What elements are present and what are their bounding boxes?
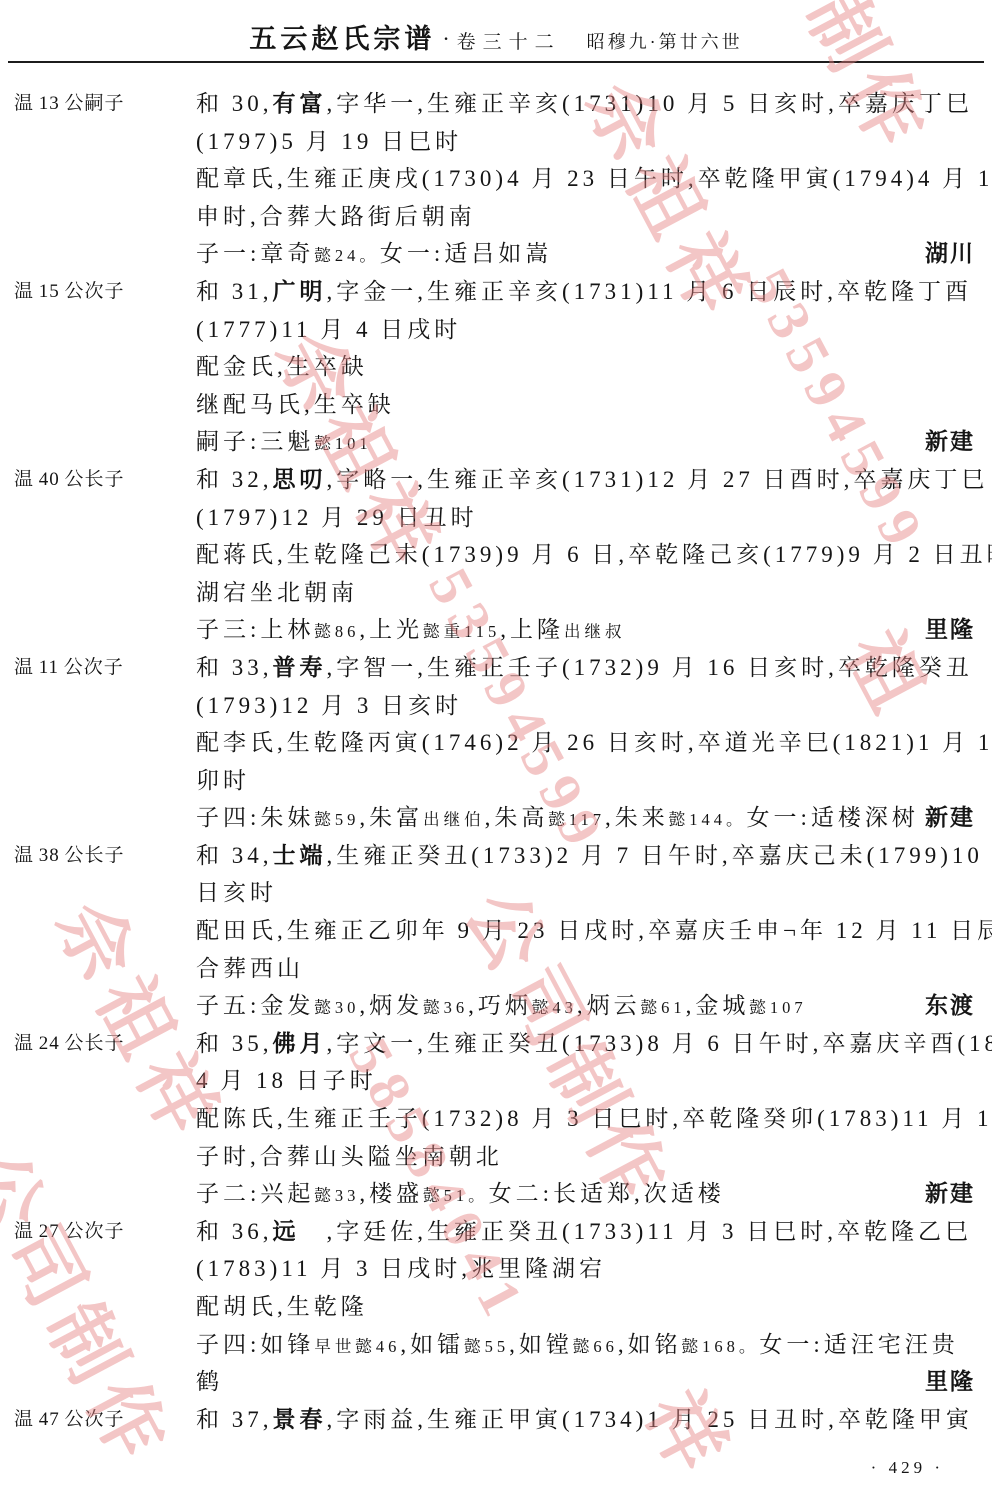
entry-line: 嗣子:三魁懿101新建 — [0, 423, 992, 461]
entry-text: 合葬西山 — [196, 956, 304, 981]
genealogy-page: 五云赵氏宗谱·卷三十二昭穆九·第廿六世 温 13 公嗣子和 30,有富,字华一,… — [0, 0, 992, 1512]
entry-text: 卯时 — [196, 768, 250, 793]
entry-label: 温 27 公次子 — [14, 1213, 125, 1251]
entry-text: 子三:上林 — [196, 617, 314, 642]
entry-label: 温 24 公长子 — [14, 1025, 125, 1063]
annotation-text: 早世懿46 — [314, 1337, 400, 1356]
entry-text: ,字雨益,生雍正甲寅(1734)1 月 25 日丑时,卒乾隆甲寅 — [327, 1407, 973, 1432]
entry-text: 湖宕坐北朝南 — [196, 580, 358, 605]
entry-text: ,金城 — [686, 993, 750, 1018]
entry-text: ,字智一,生雍正壬子(1732)9 月 16 日亥时,卒乾隆癸丑 — [327, 655, 973, 680]
entry-text: 配章氏,生雍正庚戌(1730)4 月 23 日午时,卒乾隆甲寅(1794)4 月… — [196, 166, 992, 191]
entry-text: (1783)11 月 3 日戌时,兆里隆湖宕 — [196, 1256, 606, 1281]
entry-text: (1797)5 月 19 日巳时 — [196, 129, 462, 154]
annotation-text: 懿66 — [573, 1337, 618, 1356]
entry-line: 配陈氏,生雍正壬子(1732)8 月 3 日巳时,卒乾隆癸卯(1783)11 月… — [0, 1100, 992, 1138]
entry-text: ,炳发 — [359, 993, 423, 1018]
entry-line: (1797)12 月 29 日丑时 — [0, 499, 992, 537]
entry-text: 4 月 18 日子时 — [196, 1068, 377, 1093]
entry-text: 配田氏,生雍正乙卯年 9 月 23 日戌时,卒嘉庆壬申¬年 12 月 11 日辰… — [196, 918, 992, 943]
entry-text: 配陈氏,生雍正壬子(1732)8 月 3 日巳时,卒乾隆癸卯(1783)11 月… — [196, 1106, 992, 1131]
entry-line: 温 11 公次子和 33,普寿,字智一,生雍正壬子(1732)9 月 16 日亥… — [0, 649, 992, 687]
volume-label: 卷三十二 — [457, 32, 561, 53]
entry-text: 和 35, — [196, 1031, 273, 1056]
entry-text: ,上隆 — [500, 617, 564, 642]
entry-line: (1797)5 月 19 日巳时 — [0, 123, 992, 161]
annotation-text: 懿144。 — [669, 810, 747, 829]
entry-line: 申时,合葬大路街后朝南 — [0, 198, 992, 236]
person-name: 广明 — [273, 279, 327, 304]
entry-label: 温 13 公嗣子 — [14, 85, 125, 123]
entry-text: (1793)12 月 3 日亥时 — [196, 693, 462, 718]
entry-label: 温 38 公长子 — [14, 837, 125, 875]
entry-line: 配金氏,生卒缺 — [0, 348, 992, 386]
person-name: 景春 — [273, 1407, 327, 1432]
entry-text: 配金氏,生卒缺 — [196, 354, 368, 379]
entry-text: 配胡氏,生乾隆 — [196, 1294, 368, 1319]
entry-text: 日亥时 — [196, 880, 277, 905]
entry-text: 和 33, — [196, 655, 273, 680]
entry-text: ,如镭 — [400, 1332, 464, 1357]
entry-text: ,字华一,生雍正辛亥(1731)10 月 5 日亥时,卒嘉庆丁巳 — [327, 91, 973, 116]
person-name: 士端 — [273, 843, 327, 868]
entry-text: 子四:朱妹 — [196, 805, 314, 830]
annotation-text: 懿30 — [314, 998, 359, 1017]
person-name: 有富 — [273, 91, 327, 116]
annotation-text: 懿59 — [314, 810, 359, 829]
entry-text: 子四:如锋 — [196, 1332, 314, 1357]
annotation-text: 懿86 — [314, 622, 359, 641]
entry-text: 子二:兴起 — [196, 1181, 314, 1206]
entry-line: 子三:上林懿86,上光懿重115,上隆出继叔里隆 — [0, 611, 992, 649]
annotation-text: 懿168。 — [682, 1337, 760, 1356]
entry-line: 4 月 18 日子时 — [0, 1062, 992, 1100]
entry-text: (1777)11 月 4 日戌时 — [196, 317, 461, 342]
entry-text: ,朱来 — [605, 805, 669, 830]
annotation-text: 懿36 — [423, 998, 468, 1017]
entry-text: 配蒋氏,生乾隆己未(1739)9 月 6 日,卒乾隆己亥(1779)9 月 2 … — [196, 542, 992, 567]
branch-name: 新建 — [925, 799, 975, 837]
entry-text: 和 34, — [196, 843, 273, 868]
entry-text: ,朱高 — [485, 805, 549, 830]
entry-line: 鹤里隆 — [0, 1363, 992, 1401]
annotation-text: 懿51。 — [423, 1186, 489, 1205]
book-title: 五云赵氏宗谱 — [249, 24, 435, 54]
entry-text: ,巧炳 — [468, 993, 532, 1018]
page-number: · 429 · — [871, 1458, 944, 1478]
person-name: 普寿 — [273, 655, 327, 680]
entry-line: 湖宕坐北朝南 — [0, 574, 992, 612]
entry-text: 嗣子:三魁 — [196, 429, 314, 454]
entry-text: ,字金一,生雍正辛亥(1731)11 月 6 日辰时,卒乾隆丁酉 — [327, 279, 972, 304]
entry-text: 和 36, — [196, 1219, 273, 1244]
annotation-text: 懿重115 — [423, 622, 500, 641]
entry-line: 温 27 公次子和 36,远 ,字廷佐,生雍正癸丑(1733)11 月 3 日巳… — [0, 1213, 992, 1251]
entry-text: ,生雍正癸丑(1733)2 月 7 日午时,卒嘉庆己未(1799)10 月 20 — [327, 843, 992, 868]
entry-line: 温 38 公长子和 34,士端,生雍正癸丑(1733)2 月 7 日午时,卒嘉庆… — [0, 837, 992, 875]
branch-name: 东渡 — [925, 987, 975, 1025]
entry-line: 子一:章奇懿24。女一:适吕如嵩湖川 — [0, 235, 992, 273]
entry-text: ,楼盛 — [359, 1181, 423, 1206]
header-divider — [8, 61, 984, 63]
entry-text: 女一:适汪宅汪贵 — [759, 1332, 958, 1357]
entry-line: 温 47 公次子和 37,景春,字雨益,生雍正甲寅(1734)1 月 25 日丑… — [0, 1401, 992, 1439]
entries: 温 13 公嗣子和 30,有富,字华一,生雍正辛亥(1731)10 月 5 日亥… — [0, 85, 992, 1438]
title-separator-dot: · — [442, 26, 449, 51]
entry-line: (1777)11 月 4 日戌时 — [0, 311, 992, 349]
entry-text: (1797)12 月 29 日丑时 — [196, 505, 478, 530]
entry-text: ,字文一,生雍正癸丑(1733)8 月 6 日午时,卒嘉庆辛酉(1801) — [327, 1031, 992, 1056]
entry-line: 合葬西山 — [0, 950, 992, 988]
entry-line: 配田氏,生雍正乙卯年 9 月 23 日戌时,卒嘉庆壬申¬年 12 月 11 日辰… — [0, 912, 992, 950]
annotation-text: 懿117 — [548, 810, 605, 829]
branch-name: 里隆 — [925, 1363, 975, 1401]
entry-line: 继配马氏,生卒缺 — [0, 386, 992, 424]
entry-line: 温 40 公长子和 32,思叨,字略一,生雍正辛亥(1731)12 月 27 日… — [0, 461, 992, 499]
entry-text: ,上光 — [359, 617, 423, 642]
entry-line: 卯时 — [0, 762, 992, 800]
annotation-text: 出继伯 — [423, 810, 485, 829]
entry-text: 子时,合葬山头隘坐南朝北 — [196, 1144, 503, 1169]
annotation-text: 懿55 — [464, 1337, 509, 1356]
entry-text: 子五:金发 — [196, 993, 314, 1018]
entry-line: 子四:如锋早世懿46,如镭懿55,如镗懿66,如铭懿168。女一:适汪宅汪贵 — [0, 1326, 992, 1364]
entry-line: 子二:兴起懿33,楼盛懿51。女二:长适郑,次适楼新建 — [0, 1175, 992, 1213]
entry-text: ,如镗 — [509, 1332, 573, 1357]
entry-text: 和 32, — [196, 467, 273, 492]
entry-line: 配胡氏,生乾隆 — [0, 1288, 992, 1326]
entry-label: 温 15 公次子 — [14, 273, 125, 311]
entry-line: 子四:朱妹懿59,朱富出继伯,朱高懿117,朱来懿144。女一:适楼深树新建 — [0, 799, 992, 837]
entry-text: ,字略一,生雍正辛亥(1731)12 月 27 日酉时,卒嘉庆丁巳 — [327, 467, 989, 492]
branch-name: 湖川 — [925, 235, 975, 273]
entry-text: 继配马氏,生卒缺 — [196, 392, 395, 417]
annotation-text: 懿43 — [532, 998, 577, 1017]
annotation-text: 懿61 — [641, 998, 686, 1017]
person-name: 思叨 — [273, 467, 327, 492]
entry-text: 和 30, — [196, 91, 273, 116]
entry-text: 女一:适楼深树 — [747, 805, 919, 830]
entry-text: 鹤 — [196, 1369, 223, 1394]
branch-name: 新建 — [925, 423, 975, 461]
entry-text: 申时,合葬大路街后朝南 — [196, 204, 476, 229]
entry-label: 温 11 公次子 — [14, 649, 124, 687]
person-name: 佛月 — [273, 1031, 327, 1056]
annotation-text: 懿107 — [749, 998, 806, 1017]
entry-text: 和 31, — [196, 279, 273, 304]
entry-text: 女二:长适郑,次适楼 — [489, 1181, 725, 1206]
annotation-text: 懿101 — [314, 434, 371, 453]
entry-line: (1793)12 月 3 日亥时 — [0, 687, 992, 725]
branch-name: 里隆 — [925, 611, 975, 649]
entry-line: 温 24 公长子和 35,佛月,字文一,生雍正癸丑(1733)8 月 6 日午时… — [0, 1025, 992, 1063]
entry-text: ,字廷佐,生雍正癸丑(1733)11 月 3 日巳时,卒乾隆乙巳 — [300, 1219, 972, 1244]
entry-text: 配李氏,生乾隆丙寅(1746)2 月 26 日亥时,卒道光辛巳(1821)1 月… — [196, 730, 992, 755]
entry-text: 和 37, — [196, 1407, 273, 1432]
page-header: 五云赵氏宗谱·卷三十二昭穆九·第廿六世 — [0, 17, 992, 56]
entry-text: ,如铭 — [618, 1332, 682, 1357]
person-name: 远 — [273, 1219, 300, 1244]
branch-name: 新建 — [925, 1175, 975, 1213]
entry-line: 配李氏,生乾隆丙寅(1746)2 月 26 日亥时,卒道光辛巳(1821)1 月… — [0, 724, 992, 762]
entry-text: 女一:适吕如嵩 — [380, 241, 552, 266]
entry-text: ,炳云 — [577, 993, 641, 1018]
entry-text: ,朱富 — [359, 805, 423, 830]
entry-line: 温 13 公嗣子和 30,有富,字华一,生雍正辛亥(1731)10 月 5 日亥… — [0, 85, 992, 123]
entry-line: 子五:金发懿30,炳发懿36,巧炳懿43,炳云懿61,金城懿107东渡 — [0, 987, 992, 1025]
annotation-text: 懿24。 — [314, 246, 380, 265]
entry-line: (1783)11 月 3 日戌时,兆里隆湖宕 — [0, 1250, 992, 1288]
section-label: 昭穆九·第廿六世 — [587, 32, 743, 52]
annotation-text: 出继叔 — [564, 622, 626, 641]
entry-line: 子时,合葬山头隘坐南朝北 — [0, 1138, 992, 1176]
entry-text: 子一:章奇 — [196, 241, 314, 266]
entry-line: 配蒋氏,生乾隆己未(1739)9 月 6 日,卒乾隆己亥(1779)9 月 2 … — [0, 536, 992, 574]
entry-line: 日亥时 — [0, 874, 992, 912]
entry-label: 温 47 公次子 — [14, 1401, 125, 1439]
annotation-text: 懿33 — [314, 1186, 359, 1205]
entry-label: 温 40 公长子 — [14, 461, 125, 499]
entry-line: 配章氏,生雍正庚戌(1730)4 月 23 日午时,卒乾隆甲寅(1794)4 月… — [0, 160, 992, 198]
entry-line: 温 15 公次子和 31,广明,字金一,生雍正辛亥(1731)11 月 6 日辰… — [0, 273, 992, 311]
